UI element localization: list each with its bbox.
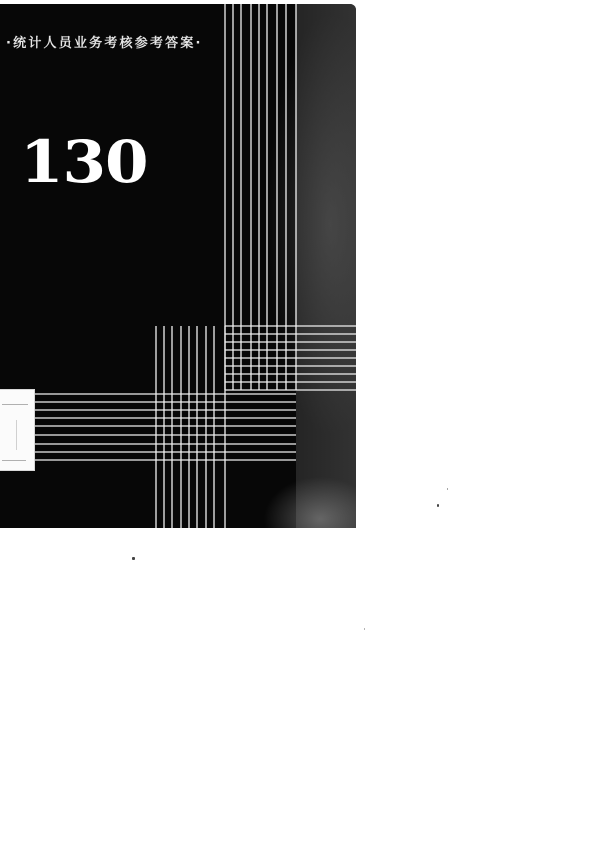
series-title: ·统计人员业务考核参考答案· (6, 32, 203, 51)
title-number: 130 (20, 132, 148, 192)
library-label (0, 389, 35, 471)
label-text-line (2, 460, 26, 461)
scan-speck (437, 504, 439, 507)
label-text-line (16, 420, 17, 450)
line-grid-decoration (0, 4, 356, 528)
scan-speck (447, 488, 448, 490)
label-text-line (2, 404, 28, 405)
title-number-text: 130 (20, 128, 148, 196)
book-cover: ·统计人员业务考核参考答案· 130 (0, 4, 356, 528)
scanned-page: ·统计人员业务考核参考答案· 130 (0, 0, 592, 841)
scan-speck (132, 557, 135, 560)
scan-speck (364, 628, 365, 630)
